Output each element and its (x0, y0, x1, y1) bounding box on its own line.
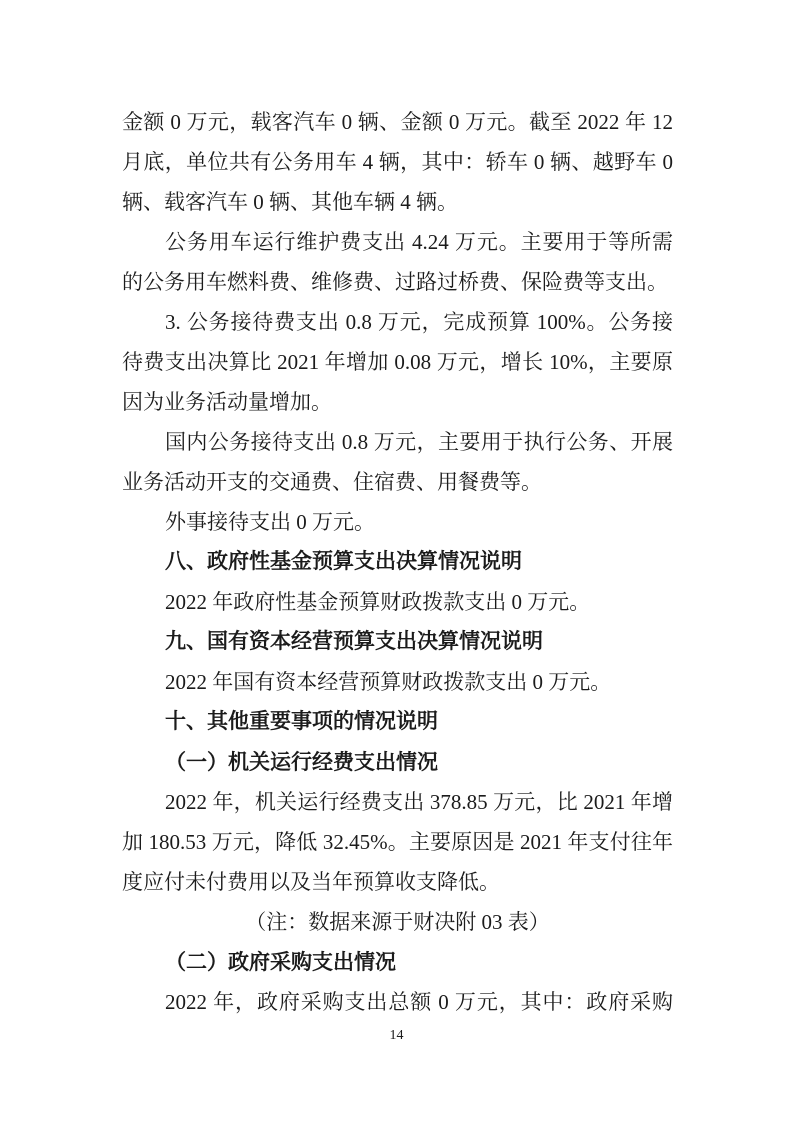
body-line: 3. 公务接待费支出 0.8 万元，完成预算 100%。公务接 (122, 302, 673, 342)
body-line: 加 180.53 万元，降低 32.45%。主要原因是 2021 年支付往年 (122, 822, 673, 862)
page-number: 14 (0, 1016, 793, 1056)
body-line: 度应付未付费用以及当年预算收支降低。 (122, 862, 673, 902)
body-line: 辆、载客汽车 0 辆、其他车辆 4 辆。 (122, 182, 673, 222)
body-line: 月底，单位共有公务用车 4 辆，其中：轿车 0 辆、越野车 0 (122, 142, 673, 182)
body-line: 2022 年政府性基金预算财政拨款支出 0 万元。 (122, 582, 673, 622)
document-page: 金额 0 万元，载客汽车 0 辆、金额 0 万元。截至 2022 年 12 月底… (0, 0, 793, 1122)
section-heading-10: 十、其他重要事项的情况说明 (122, 702, 673, 742)
subsection-heading-1: （一）机关运行经费支出情况 (122, 742, 673, 782)
body-line: 公务用车运行维护费支出 4.24 万元。主要用于等所需 (122, 222, 673, 262)
subsection-heading-2: （二）政府采购支出情况 (122, 942, 673, 982)
body-line: 待费支出决算比 2021 年增加 0.08 万元，增长 10%，主要原 (122, 342, 673, 382)
note-line: （注：数据来源于财决附 03 表） (122, 902, 673, 942)
body-line: 业务活动开支的交通费、住宿费、用餐费等。 (122, 462, 673, 502)
body-line: 的公务用车燃料费、维修费、过路过桥费、保险费等支出。 (122, 262, 673, 302)
body-line: 2022 年，机关运行经费支出 378.85 万元，比 2021 年增 (122, 782, 673, 822)
body-line: 外事接待支出 0 万元。 (122, 502, 673, 542)
body-line: 国内公务接待支出 0.8 万元，主要用于执行公务、开展 (122, 422, 673, 462)
body-line: 金额 0 万元，载客汽车 0 辆、金额 0 万元。截至 2022 年 12 (122, 102, 673, 142)
body-line: 因为业务活动量增加。 (122, 382, 673, 422)
section-heading-9: 九、国有资本经营预算支出决算情况说明 (122, 622, 673, 662)
section-heading-8: 八、政府性基金预算支出决算情况说明 (122, 542, 673, 582)
body-line: 2022 年国有资本经营预算财政拨款支出 0 万元。 (122, 662, 673, 702)
